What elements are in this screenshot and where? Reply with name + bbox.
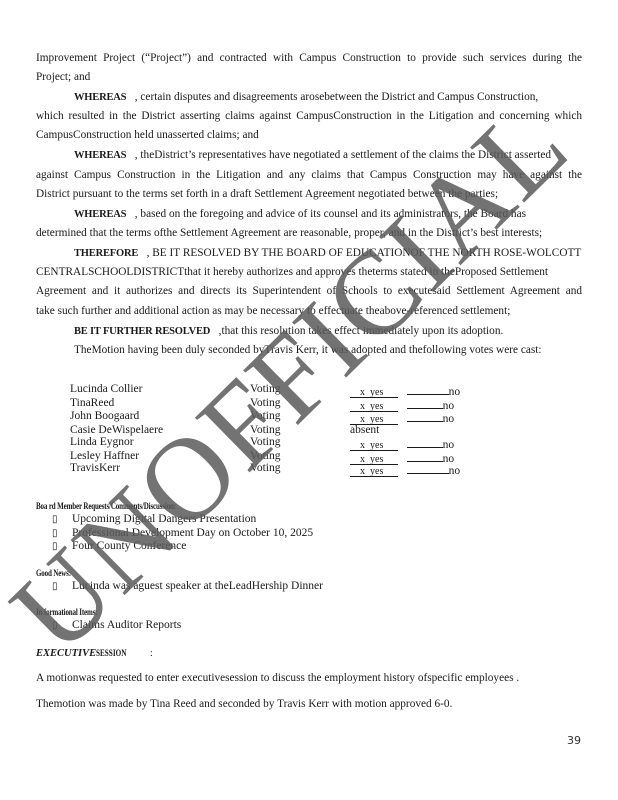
absent-label: absent: [350, 424, 379, 436]
paragraph-line: which resulted in the District asserting…: [36, 109, 582, 123]
yes-label: yes: [370, 466, 383, 477]
no-blank: [407, 383, 449, 395]
vote-status: Voting: [250, 462, 280, 475]
clause-text: , theDistrict’s representatives have neg…: [135, 149, 551, 161]
paragraph-line: CENTRALSCHOOLDISTRICTthat it hereby auth…: [36, 265, 548, 279]
paragraph-line: against Campus Construction in the Litig…: [36, 168, 582, 182]
paragraph-line: District pursuant to the terms set forth…: [36, 187, 498, 201]
executive-heading-italic: EXECUTIVE: [36, 648, 96, 659]
whereas-clause-1: WHEREAS , certain disputes and disagreem…: [74, 90, 538, 105]
bullet-icon: ▯: [52, 581, 58, 592]
bullet-icon: ▯: [52, 528, 58, 539]
document-page: Improvement Project (“Project”) and cont…: [0, 0, 618, 800]
list-item: Upcoming Digital Dangers Presentation: [72, 513, 256, 525]
bullet-icon: ▯: [52, 541, 58, 552]
list-item: Professional Development Day on October …: [72, 527, 313, 539]
session-heading: SESSION: [96, 648, 126, 658]
further-resolved-keyword: BE IT FURTHER RESOLVED: [74, 326, 210, 337]
therefore-clause: THEREFORE , BE IT RESOLVED BY THE BOARD …: [74, 246, 581, 261]
clause-text: , certain disputes and disagreements aro…: [135, 91, 538, 103]
paragraph-line: CampusConstruction held unasserted claim…: [36, 128, 259, 142]
paragraph-line: determined that the terms ofthe Settleme…: [36, 226, 542, 240]
no-blank: [407, 462, 449, 474]
vote-member-name: Linda Eygnor: [70, 436, 134, 449]
bullet-icon: ▯: [52, 620, 58, 631]
no-blank: [407, 410, 443, 422]
clause-text: , based on the foregoing and advice of i…: [135, 208, 526, 220]
vote-status: Voting: [250, 410, 280, 423]
vote-member-name: TravisKerr: [70, 462, 120, 475]
further-resolved-clause: BE IT FURTHER RESOLVED ,that this resolu…: [74, 324, 503, 339]
vote-status: Voting: [250, 436, 280, 449]
vote-status: Voting: [250, 397, 280, 410]
paragraph-line: Project; and: [36, 70, 90, 84]
executive-session-line-1: A motionwas requested to enter executive…: [36, 672, 519, 684]
clause-text: , BE IT RESOLVED BY THE BOARD OF EDUCATI…: [147, 247, 582, 259]
executive-session-heading: EXECUTIVESESSION :: [36, 648, 153, 659]
no-label: no: [449, 465, 461, 477]
whereas-clause-2: WHEREAS , theDistrict’s representatives …: [74, 148, 551, 163]
informational-heading: In formational Items:: [36, 607, 97, 617]
paragraph-line: take such further and additional action …: [36, 304, 510, 318]
yes-blank: x yes: [350, 465, 398, 477]
therefore-keyword: THEREFORE: [74, 248, 138, 259]
page-number: 39: [567, 734, 581, 747]
vote-status: Voting: [250, 383, 280, 396]
vote-result: x yes no: [350, 462, 460, 478]
list-item: Lucinda was aguest speaker at theLeadHer…: [72, 580, 323, 592]
no-blank: [407, 450, 443, 462]
bullet-icon: ▯: [52, 514, 58, 525]
good-news-heading: Good News:: [36, 568, 71, 578]
board-requests-heading: Boa rd Member Requests/Comments/Discussi…: [36, 501, 176, 511]
whereas-keyword: WHEREAS: [74, 92, 126, 103]
vote-member-name: Lucinda Collier: [70, 383, 143, 396]
no-blank: [407, 397, 443, 409]
list-item: Claims Auditor Reports: [72, 619, 181, 631]
vote-member-name: John Boogaard: [70, 410, 139, 423]
motion-line: TheMotion having been duly seconded byTr…: [74, 343, 542, 357]
paragraph-line: Improvement Project (“Project”) and cont…: [36, 51, 582, 65]
whereas-clause-3: WHEREAS , based on the foregoing and adv…: [74, 207, 526, 222]
clause-text: ,that this resolution takes effect immed…: [219, 325, 504, 337]
paragraph-line: Agreement and it authorizes and directs …: [36, 284, 582, 298]
no-label: no: [443, 413, 455, 425]
whereas-keyword: WHEREAS: [74, 209, 126, 220]
yes-mark: x: [360, 466, 365, 477]
vote-member-name: TinaReed: [70, 397, 114, 410]
heading-colon: :: [150, 648, 153, 659]
list-item: Four County Conference: [72, 540, 186, 552]
no-blank: [407, 436, 443, 448]
executive-session-line-2: Themotion was made by Tina Reed and seco…: [36, 698, 452, 710]
whereas-keyword: WHEREAS: [74, 150, 126, 161]
